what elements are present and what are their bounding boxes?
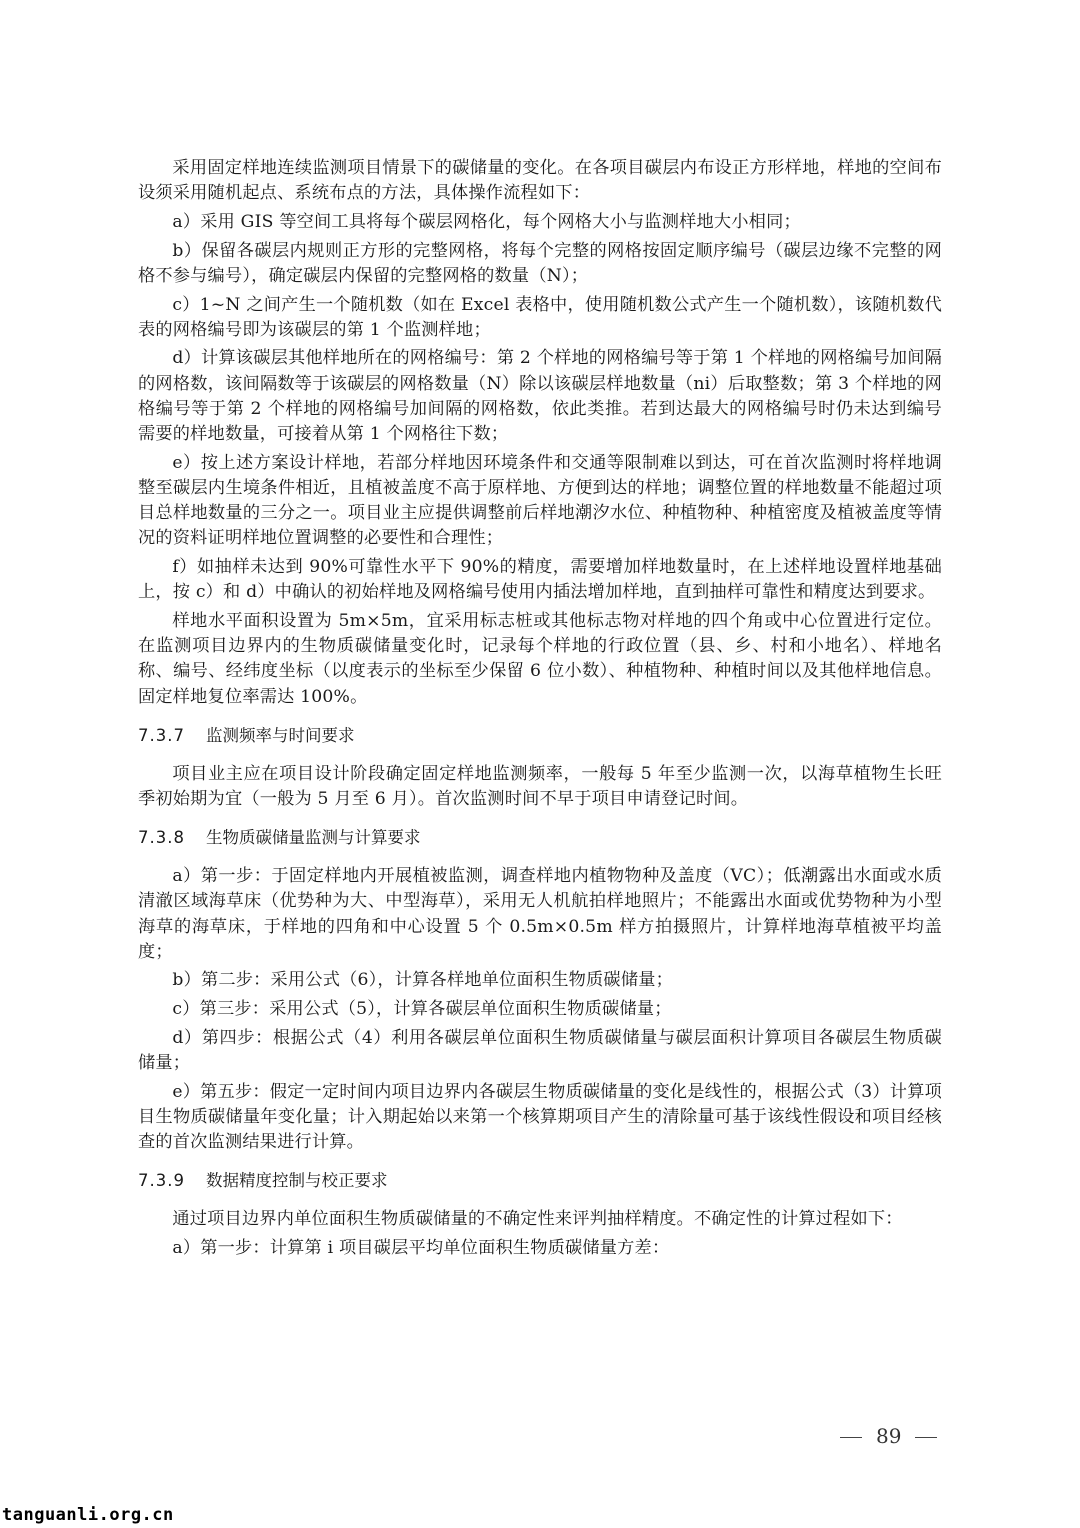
paragraph-monitoring-frequency: 项目业主应在项目设计阶段确定固定样地监测频率，一般每 5 年至少监测一次，以海草…	[138, 762, 942, 812]
step-a: a）第一步：于固定样地内开展植被监测，调查样地内植物物种及盖度（VC）；低潮露出…	[138, 864, 942, 965]
section-number: 7.3.8	[138, 826, 206, 850]
page-number: 89	[826, 1424, 951, 1448]
step-e: e）第五步：假定一定时间内项目边界内各碳层生物质碳储量的变化是线性的，根据公式（…	[138, 1080, 942, 1156]
document-page: 采用固定样地连续监测项目情景下的碳储量的变化。在各项目碳层内布设正方形样地，样地…	[138, 156, 942, 1265]
list-item-e: e）按上述方案设计样地，若部分样地因环境条件和交通等限制难以到达，可在首次监测时…	[138, 451, 942, 552]
section-number: 7.3.7	[138, 724, 206, 748]
dash-left	[840, 1437, 862, 1438]
list-item-d: d）计算该碳层其他样地所在的网格编号：第 2 个样地的网格编号等于第 1 个样地…	[138, 346, 942, 447]
section-title: 监测频率与时间要求	[206, 726, 355, 745]
list-item-f: f）如抽样未达到 90%可靠性水平下 90%的精度，需要增加样地数量时，在上述样…	[138, 555, 942, 605]
page-number-text: 89	[876, 1424, 901, 1448]
step-c: c）第三步：采用公式（5），计算各碳层单位面积生物质碳储量；	[138, 997, 942, 1022]
section-title: 数据精度控制与校正要求	[206, 1171, 388, 1190]
dash-right	[915, 1437, 937, 1438]
section-heading-7-3-8: 7.3.8生物质碳储量监测与计算要求	[138, 826, 942, 850]
list-item-a: a）采用 GIS 等空间工具将每个碳层网格化，每个网格大小与监测样地大小相同；	[138, 210, 942, 235]
paragraph-intro: 采用固定样地连续监测项目情景下的碳储量的变化。在各项目碳层内布设正方形样地，样地…	[138, 156, 942, 206]
step-a-variance: a）第一步：计算第 i 项目碳层平均单位面积生物质碳储量方差：	[138, 1236, 942, 1261]
paragraph-plot-area: 样地水平面积设置为 5m×5m，宜采用标志桩或其他标志物对样地的四个角或中心位置…	[138, 609, 942, 710]
section-title: 生物质碳储量监测与计算要求	[206, 828, 421, 847]
step-d: d）第四步：根据公式（4）利用各碳层单位面积生物质碳储量与碳层面积计算项目各碳层…	[138, 1026, 942, 1076]
paragraph-uncertainty: 通过项目边界内单位面积生物质碳储量的不确定性来评判抽样精度。不确定性的计算过程如…	[138, 1207, 942, 1232]
section-heading-7-3-9: 7.3.9数据精度控制与校正要求	[138, 1169, 942, 1193]
watermark: tanguanli.org.cn	[2, 1505, 174, 1525]
section-heading-7-3-7: 7.3.7监测频率与时间要求	[138, 724, 942, 748]
list-item-c: c）1~N 之间产生一个随机数（如在 Excel 表格中，使用随机数公式产生一个…	[138, 293, 942, 343]
list-item-b: b）保留各碳层内规则正方形的完整网格，将每个完整的网格按固定顺序编号（碳层边缘不…	[138, 239, 942, 289]
step-b: b）第二步：采用公式（6），计算各样地单位面积生物质碳储量；	[138, 968, 942, 993]
section-number: 7.3.9	[138, 1169, 206, 1193]
